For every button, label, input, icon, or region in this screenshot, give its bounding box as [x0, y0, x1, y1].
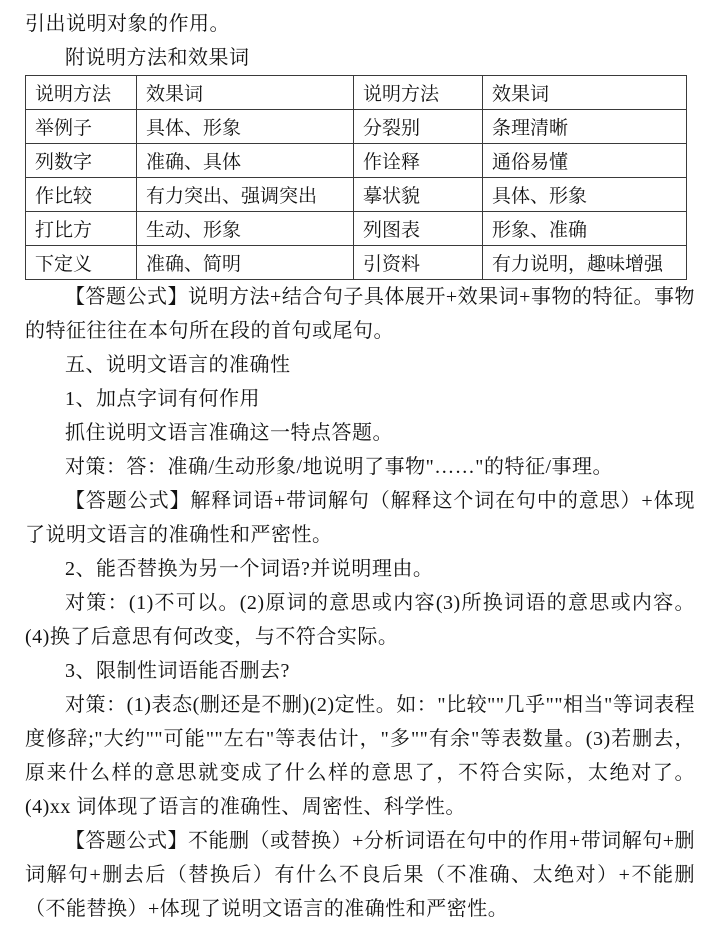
- paragraph-answer-formula-3: 【答题公式】不能删（或替换）+分析词语在句中的作用+带词解句+删词解句+删去后（…: [25, 824, 695, 926]
- paragraph-answer-formula-1: 【答题公式】说明方法+结合句子具体展开+效果词+事物的特征。事物的特征往往在本句…: [25, 280, 695, 348]
- method-cell: 作诠释: [354, 144, 483, 178]
- paragraph-answer-formula-2: 【答题公式】解释词语+带词解句（解释这个词在句中的意思）+体现了说明文语言的准确…: [25, 484, 695, 552]
- subheading-1: 1、加点字词有何作用: [25, 382, 695, 416]
- document-page: 引出说明对象的作用。 附说明方法和效果词 说明方法 效果词 说明方法 效果词 举…: [0, 0, 720, 936]
- method-cell: 举例子: [26, 110, 137, 144]
- method-cell: 分裂别: [354, 110, 483, 144]
- header-method-1: 说明方法: [26, 76, 137, 110]
- effect-cell: 形象、准确: [483, 212, 687, 246]
- subheading-2: 2、能否替换为另一个词语?并说明理由。: [25, 552, 695, 586]
- effect-cell: 具体、形象: [137, 110, 354, 144]
- header-effect-2: 效果词: [483, 76, 687, 110]
- method-cell: 作比较: [26, 178, 137, 212]
- header-method-2: 说明方法: [354, 76, 483, 110]
- method-cell: 下定义: [26, 246, 137, 280]
- table-row: 打比方 生动、形象 列图表 形象、准确: [26, 212, 687, 246]
- paragraph-strategy-3: 对策：(1)表态(删还是不删)(2)定性。如："比较""几乎""相当"等词表程度…: [25, 688, 695, 824]
- table-row: 列数字 准确、具体 作诠释 通俗易懂: [26, 144, 687, 178]
- effect-cell: 有力突出、强调突出: [137, 178, 354, 212]
- subheading-3: 3、限制性词语能否删去?: [25, 654, 695, 688]
- effect-cell: 条理清晰: [483, 110, 687, 144]
- paragraph-strategy-1: 对策：答：准确/生动形象/地说明了事物"……"的特征/事理。: [25, 450, 695, 484]
- method-cell: 引资料: [354, 246, 483, 280]
- table-caption: 附说明方法和效果词: [25, 41, 695, 75]
- table-row: 举例子 具体、形象 分裂别 条理清晰: [26, 110, 687, 144]
- paragraph-strategy-2: 对策：(1)不可以。(2)原词的意思或内容(3)所换词语的意思或内容。(4)换了…: [25, 586, 695, 654]
- paragraph-tip: 抓住说明文语言准确这一特点答题。: [25, 416, 695, 450]
- method-cell: 摹状貌: [354, 178, 483, 212]
- effect-cell: 有力说明，趣味增强: [483, 246, 687, 280]
- method-cell: 打比方: [26, 212, 137, 246]
- effect-cell: 准确、具体: [137, 144, 354, 178]
- method-cell: 列数字: [26, 144, 137, 178]
- effect-cell: 准确、简明: [137, 246, 354, 280]
- table-row: 下定义 准确、简明 引资料 有力说明，趣味增强: [26, 246, 687, 280]
- methods-effects-table: 说明方法 效果词 说明方法 效果词 举例子 具体、形象 分裂别 条理清晰 列数字…: [25, 75, 687, 280]
- header-effect-1: 效果词: [137, 76, 354, 110]
- section-heading-5: 五、说明文语言的准确性: [25, 348, 695, 382]
- table-header-row: 说明方法 效果词 说明方法 效果词: [26, 76, 687, 110]
- effect-cell: 通俗易懂: [483, 144, 687, 178]
- method-cell: 列图表: [354, 212, 483, 246]
- table-row: 作比较 有力突出、强调突出 摹状貌 具体、形象: [26, 178, 687, 212]
- intro-line: 引出说明对象的作用。: [25, 7, 695, 41]
- effect-cell: 具体、形象: [483, 178, 687, 212]
- effect-cell: 生动、形象: [137, 212, 354, 246]
